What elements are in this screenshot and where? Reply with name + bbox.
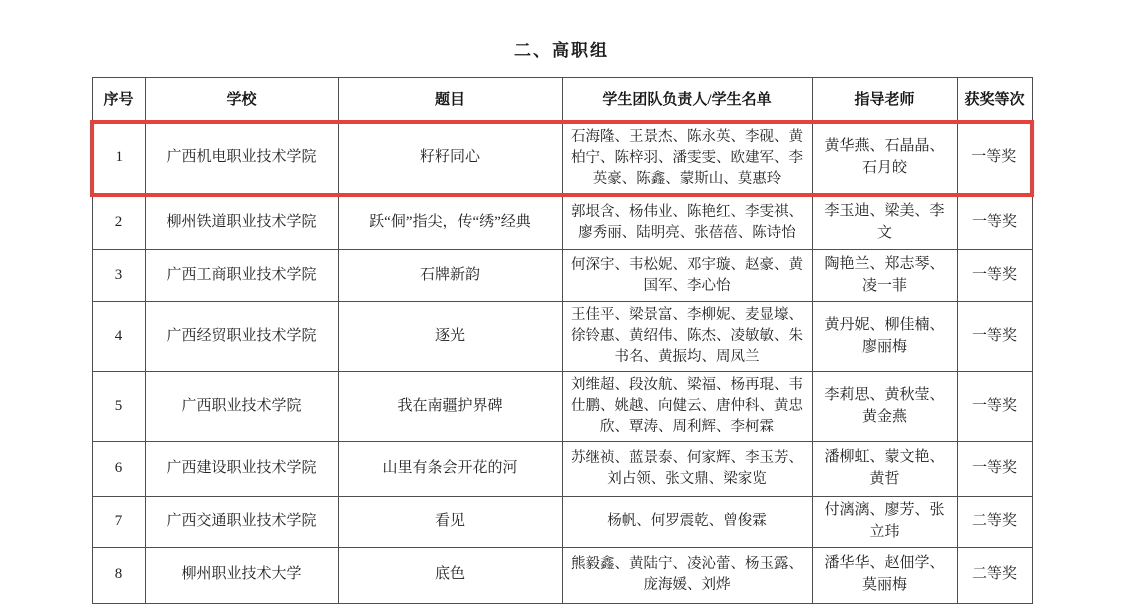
header-cell-school: 学校 <box>145 78 338 122</box>
cell-teachers: 李玉迪、梁美、李文 <box>812 195 957 250</box>
cell-school: 柳州铁道职业技术学院 <box>145 195 338 250</box>
cell-topic: 底色 <box>338 547 562 603</box>
cell-topic: 我在南疆护界碑 <box>338 372 562 442</box>
cell-school: 广西工商职业技术学院 <box>145 250 338 302</box>
table-row: 8 柳州职业技术大学 底色 熊毅鑫、黄陆宁、凌沁蕾、杨玉露、庞海媛、刘烨 潘华华… <box>92 547 1032 603</box>
awards-table: 序号 学校 题目 学生团队负责人/学生名单 指导老师 获奖等次 1 广西机电职业… <box>90 77 1034 604</box>
page-title: 二、高职组 <box>0 0 1123 77</box>
cell-award: 一等奖 <box>957 122 1032 195</box>
cell-students: 杨帆、何罗震乾、曾俊霖 <box>562 497 812 548</box>
cell-students: 石海隆、王景杰、陈永英、李砚、黄柏宁、陈梓羽、潘雯雯、欧建军、李英豪、陈鑫、蒙斯… <box>562 122 812 195</box>
cell-teachers: 付漓漓、廖芳、张立玮 <box>812 497 957 548</box>
cell-award: 一等奖 <box>957 442 1032 497</box>
header-cell-no: 序号 <box>92 78 145 122</box>
cell-teachers: 陶艳兰、郑志琴、凌一菲 <box>812 250 957 302</box>
header-cell-students: 学生团队负责人/学生名单 <box>562 78 812 122</box>
table-row: 2 柳州铁道职业技术学院 跃“侗”指尖，传“绣”经典 郭垠含、杨伟业、陈艳红、李… <box>92 195 1032 250</box>
cell-topic: 逐光 <box>338 302 562 372</box>
cell-no: 2 <box>92 195 145 250</box>
table-row: 4 广西经贸职业技术学院 逐光 王佳平、梁景富、李柳妮、麦显壕、徐铃惠、黄绍伟、… <box>92 302 1032 372</box>
cell-students: 何深宇、韦松妮、邓宇璇、赵豪、黄国军、李心怡 <box>562 250 812 302</box>
cell-award: 一等奖 <box>957 372 1032 442</box>
cell-award: 一等奖 <box>957 302 1032 372</box>
cell-students: 刘维超、段汝航、梁福、杨再琨、韦仕鹏、姚越、向健云、唐仲科、黄忠欣、覃涛、周利辉… <box>562 372 812 442</box>
cell-topic: 籽籽同心 <box>338 122 562 195</box>
cell-award: 二等奖 <box>957 547 1032 603</box>
table-row: 3 广西工商职业技术学院 石牌新韵 何深宇、韦松妮、邓宇璇、赵豪、黄国军、李心怡… <box>92 250 1032 302</box>
cell-no: 6 <box>92 442 145 497</box>
cell-topic: 看见 <box>338 497 562 548</box>
cell-school: 广西机电职业技术学院 <box>145 122 338 195</box>
cell-no: 4 <box>92 302 145 372</box>
cell-teachers: 黄丹妮、柳佳楠、廖丽梅 <box>812 302 957 372</box>
cell-no: 7 <box>92 497 145 548</box>
cell-topic: 山里有条会开花的河 <box>338 442 562 497</box>
table-row: 5 广西职业技术学院 我在南疆护界碑 刘维超、段汝航、梁福、杨再琨、韦仕鹏、姚越… <box>92 372 1032 442</box>
cell-award: 一等奖 <box>957 250 1032 302</box>
table-row-highlighted: 1 广西机电职业技术学院 籽籽同心 石海隆、王景杰、陈永英、李砚、黄柏宁、陈梓羽… <box>92 122 1032 195</box>
cell-school: 广西交通职业技术学院 <box>145 497 338 548</box>
cell-students: 郭垠含、杨伟业、陈艳红、李雯祺、廖秀丽、陆明亮、张蓓蓓、陈诗怡 <box>562 195 812 250</box>
cell-no: 5 <box>92 372 145 442</box>
header-cell-topic: 题目 <box>338 78 562 122</box>
header-cell-teachers: 指导老师 <box>812 78 957 122</box>
cell-teachers: 黄华燕、石晶晶、石月皎 <box>812 122 957 195</box>
cell-school: 广西经贸职业技术学院 <box>145 302 338 372</box>
cell-students: 熊毅鑫、黄陆宁、凌沁蕾、杨玉露、庞海媛、刘烨 <box>562 547 812 603</box>
cell-school: 广西建设职业技术学院 <box>145 442 338 497</box>
cell-teachers: 潘柳虹、蒙文艳、黄哲 <box>812 442 957 497</box>
cell-award: 一等奖 <box>957 195 1032 250</box>
document-page: 二、高职组 序号 学校 题目 学生团队负责人/学生名单 指导老师 获奖等次 1 … <box>0 0 1123 612</box>
cell-school: 广西职业技术学院 <box>145 372 338 442</box>
cell-no: 8 <box>92 547 145 603</box>
cell-topic: 石牌新韵 <box>338 250 562 302</box>
cell-students: 苏继祯、蓝景泰、何家辉、李玉芳、刘占领、张文鼎、梁家览 <box>562 442 812 497</box>
cell-award: 二等奖 <box>957 497 1032 548</box>
cell-no: 3 <box>92 250 145 302</box>
cell-no: 1 <box>92 122 145 195</box>
table-row: 6 广西建设职业技术学院 山里有条会开花的河 苏继祯、蓝景泰、何家辉、李玉芳、刘… <box>92 442 1032 497</box>
cell-topic: 跃“侗”指尖，传“绣”经典 <box>338 195 562 250</box>
cell-teachers: 潘华华、赵佃学、莫丽梅 <box>812 547 957 603</box>
cell-students: 王佳平、梁景富、李柳妮、麦显壕、徐铃惠、黄绍伟、陈杰、凌敏敏、朱书名、黄振均、周… <box>562 302 812 372</box>
cell-school: 柳州职业技术大学 <box>145 547 338 603</box>
cell-teachers: 李莉思、黄秋莹、黄金燕 <box>812 372 957 442</box>
header-cell-award: 获奖等次 <box>957 78 1032 122</box>
header-row: 序号 学校 题目 学生团队负责人/学生名单 指导老师 获奖等次 <box>92 78 1032 122</box>
table-row: 7 广西交通职业技术学院 看见 杨帆、何罗震乾、曾俊霖 付漓漓、廖芳、张立玮 二… <box>92 497 1032 548</box>
